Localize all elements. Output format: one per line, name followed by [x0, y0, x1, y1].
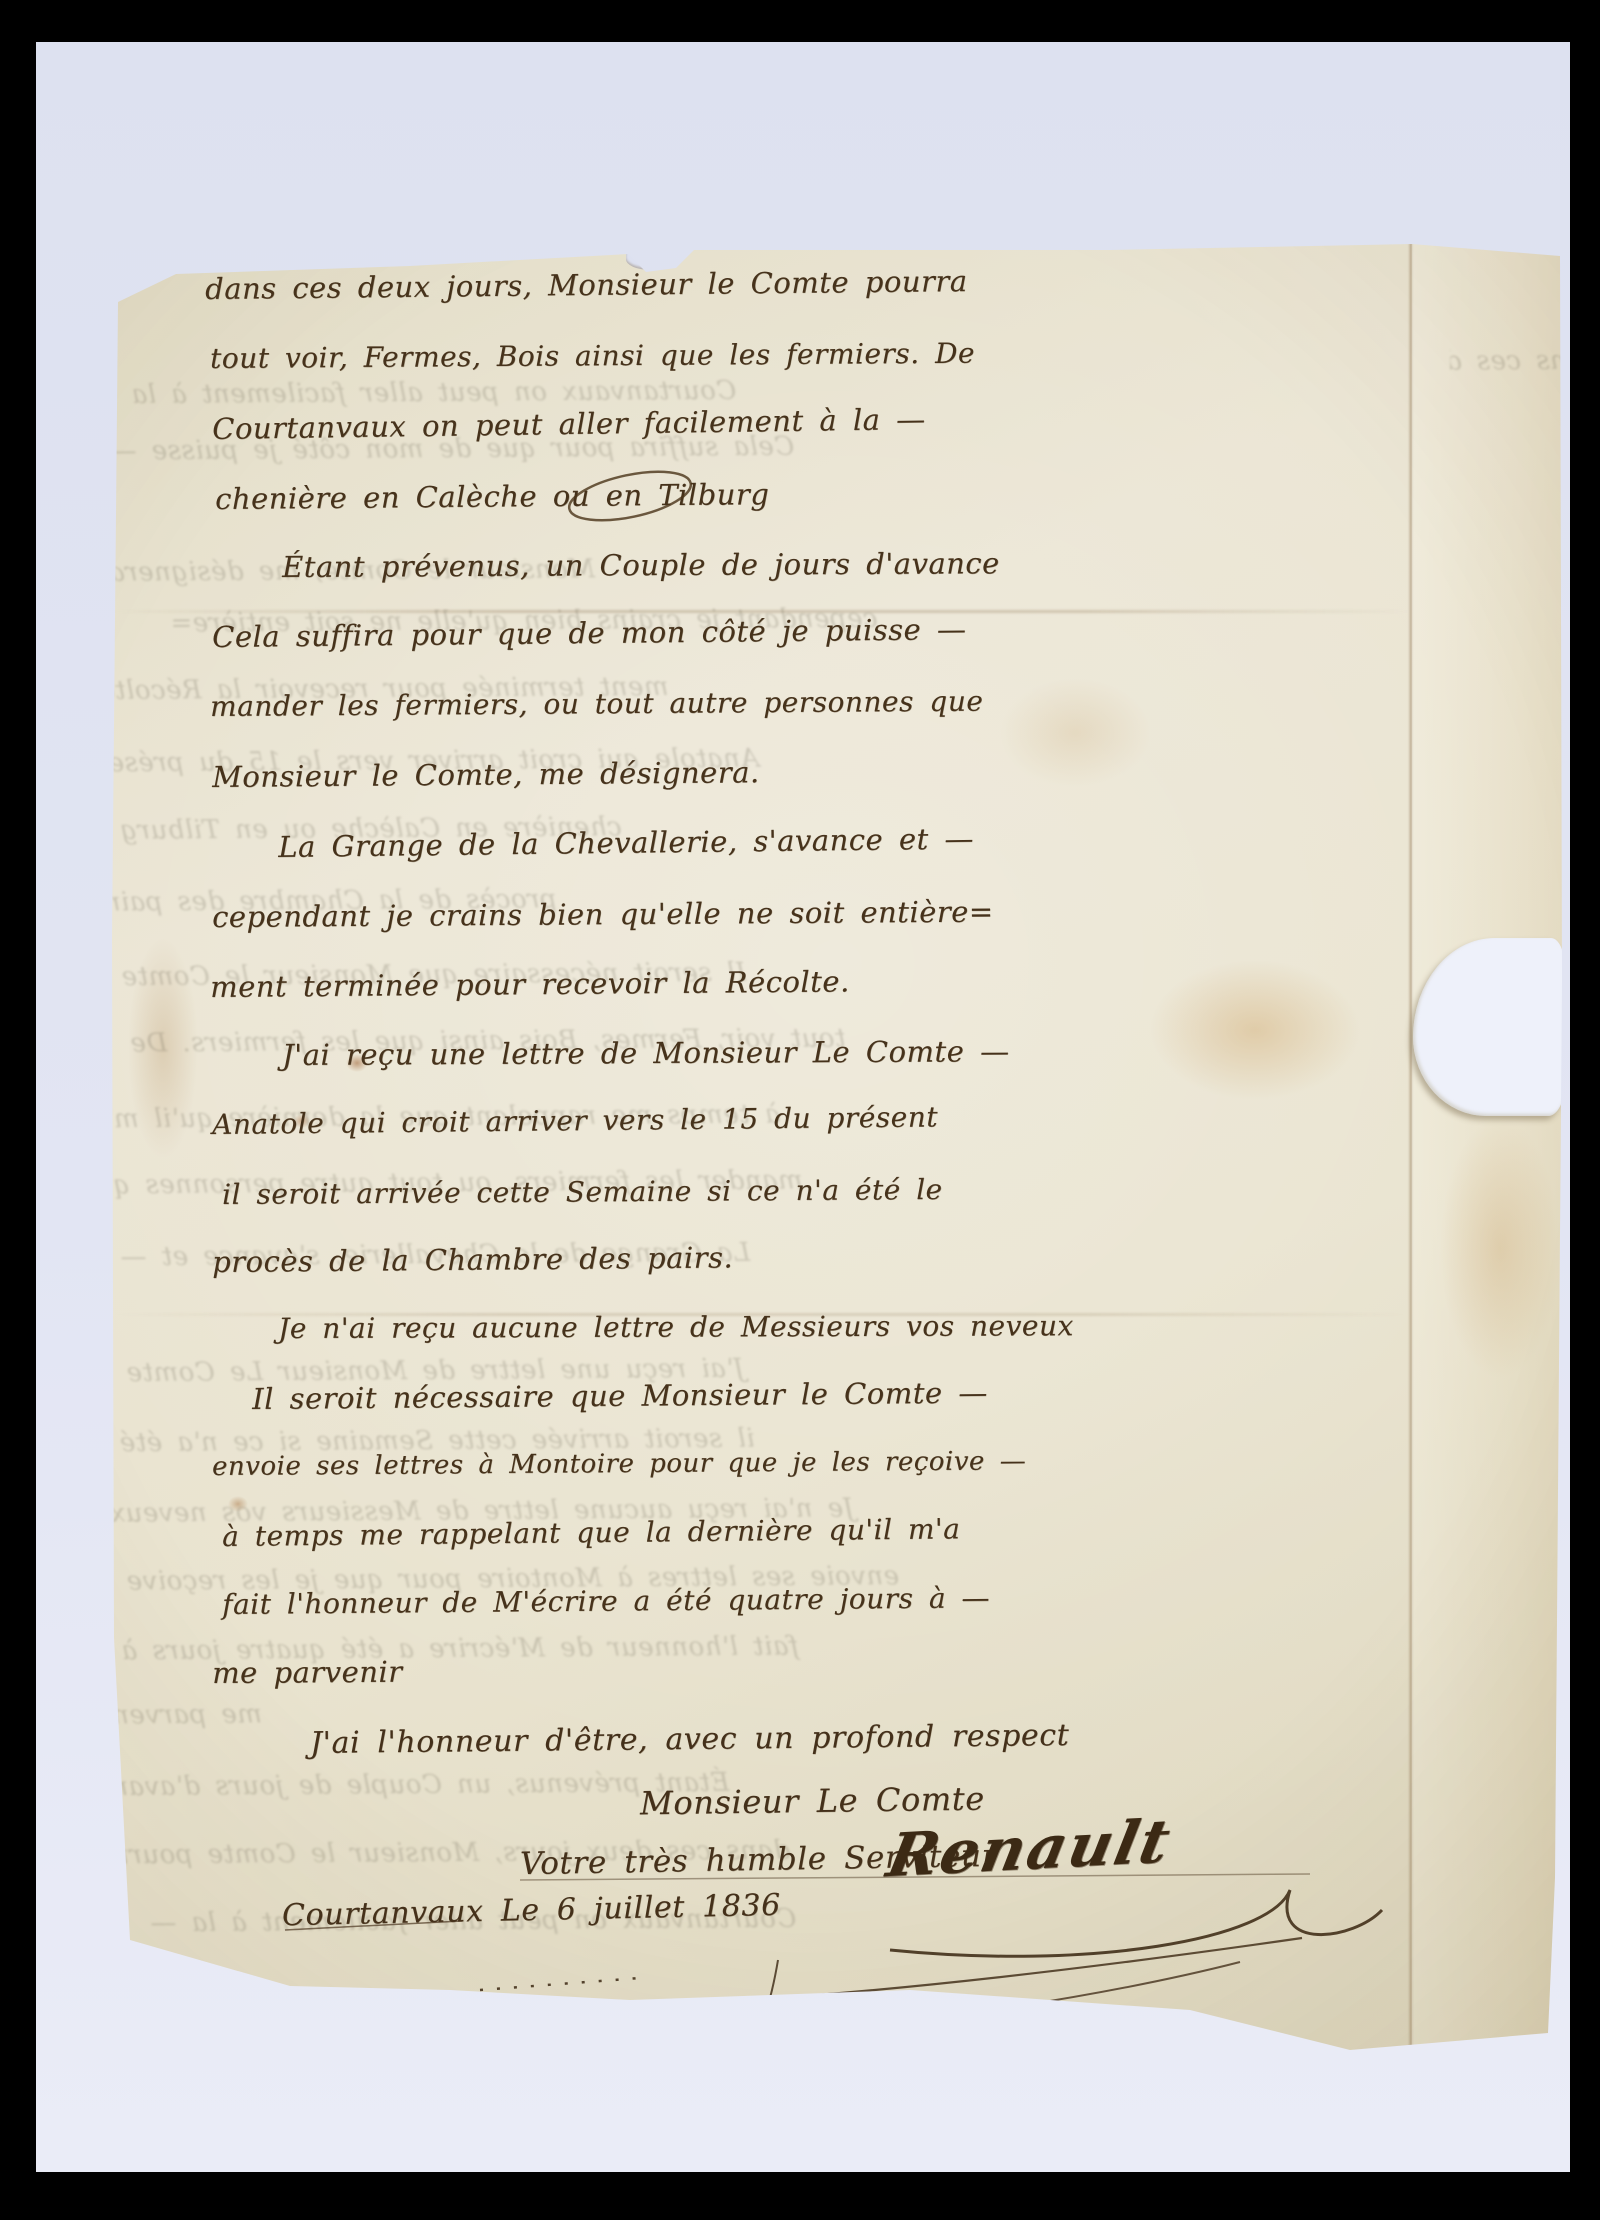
handwriting-line: procès de la Chambre des pairs.: [212, 1240, 733, 1279]
handwriting-line: à temps me rappelant que la dernière qu'…: [222, 1512, 960, 1553]
bleedthrough-line: fait l'honneur de M'écrire a été quatre …: [80, 1631, 799, 1666]
handwriting-line: Je n'ai reçu aucune lettre de Messieurs …: [278, 1309, 1074, 1345]
signature-paraph: [890, 1890, 1382, 1956]
handwriting-line: fait l'honneur de M'écrire a été quatre …: [222, 1581, 990, 1621]
handwriting-line: Il seroit nécessaire que Monsieur le Com…: [252, 1376, 988, 1416]
letter-paper: Courtanvaux on peut aller facilement à l…: [110, 238, 1562, 2054]
photo-backdrop: Courtanvaux on peut aller facilement à l…: [36, 42, 1570, 2172]
handwriting-line: dans ces deux jours, Monsieur le Comte p…: [205, 264, 968, 306]
bleedthrough-line: Étant prévenus, un Couple de jours d'ava…: [80, 1768, 730, 1803]
handwriting-line: il seroit arrivée cette Semaine si ce n'…: [222, 1173, 943, 1211]
handwriting-line: chenière en Calèche ou en Tilburg: [215, 477, 769, 516]
paper-stain: [1000, 678, 1150, 788]
paper-edge-chip: [626, 246, 680, 270]
handwriting-line: Anatole qui croit arriver vers le 15 du …: [212, 1100, 938, 1141]
paper-stain: [1150, 960, 1360, 1100]
handwriting-line: La Grange de la Chevallerie, s'avance et…: [278, 822, 974, 864]
long-flourish-stroke: [140, 1962, 1240, 2054]
handwriting-line: mander les fermiers, ou tout autre perso…: [210, 685, 983, 723]
handwriting-line: cependant je crains bien qu'elle ne soit…: [212, 895, 994, 934]
handwriting-line: envoie ses lettres à Montoire pour que j…: [212, 1446, 1026, 1482]
dotted-flourish: [480, 1978, 640, 1990]
long-flourish-stroke: [360, 1938, 1302, 2008]
vertical-fold-crease: [1408, 238, 1414, 2054]
handwriting-line: Cela suffira pour que de mon côté je pui…: [212, 612, 967, 654]
handwriting-line: Étant prévenus, un Couple de jours d'ava…: [282, 546, 1000, 584]
folded-second-leaf: [1414, 238, 1562, 2054]
handwriting-line: tout voir, Fermes, Bois ainsi que les fe…: [210, 337, 975, 375]
handwriting-line: Monsieur le Comte, me désignera.: [212, 755, 760, 794]
handwriting-line: me parvenir: [212, 1655, 403, 1690]
handwriting-line: ment terminée pour recevoir la Récolte.: [210, 964, 850, 1004]
photo-black-frame: { "photo": { "subject": "Handwritten Fre…: [0, 0, 1600, 2220]
signature: Renault: [881, 1807, 1177, 1891]
handwriting-line: J'ai reçu une lettre de Monsieur Le Comt…: [282, 1034, 1010, 1072]
address-line: Monsieur Le Comte: [640, 1780, 985, 1823]
valediction-line: J'ai l'honneur d'être, avec un profond r…: [310, 1718, 1070, 1761]
bleedthrough-line: dans ces deux jours, Monsieur le Comte p…: [1450, 345, 1600, 376]
descender-stroke: [748, 1960, 778, 2052]
bleedthrough-line: me parvenir: [90, 1699, 262, 1730]
